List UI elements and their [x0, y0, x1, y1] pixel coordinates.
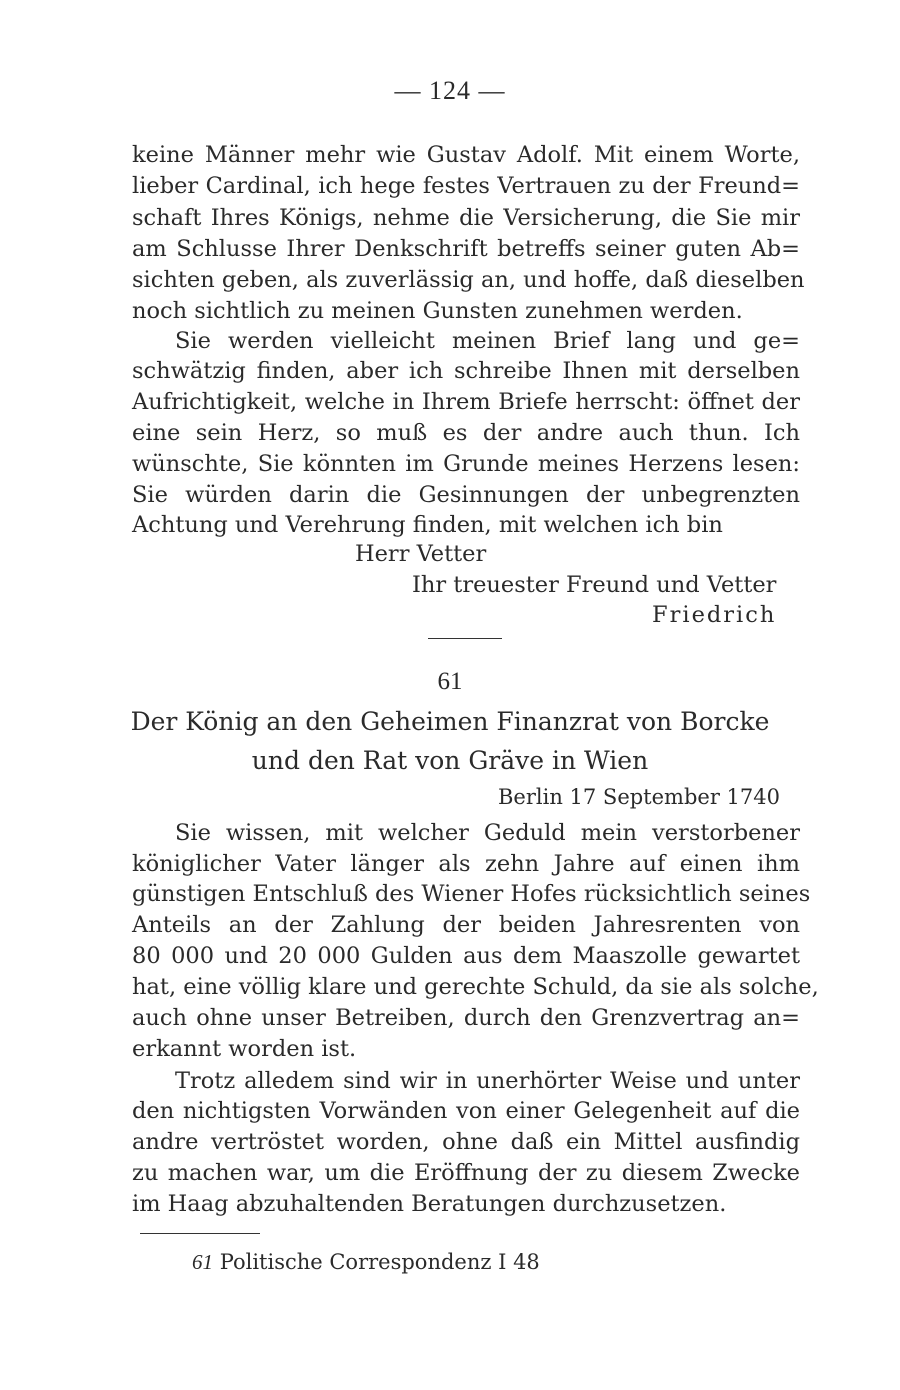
- text-line: Achtung und Verehrung finden, mit welche…: [132, 510, 800, 540]
- footnote-divider: [140, 1233, 260, 1234]
- signature: Friedrich: [652, 602, 776, 628]
- text-line: eine sein Herz, so muß es der andre auch…: [132, 418, 800, 448]
- text-line: lieber Cardinal, ich hege festes Vertrau…: [132, 171, 800, 201]
- text-line: Sie werden vielleicht meinen Brief lang …: [175, 326, 800, 356]
- place-date: Berlin 17 September 1740: [498, 785, 780, 809]
- salutation: Herr Vetter: [355, 541, 486, 567]
- letter-number: 61: [0, 668, 900, 696]
- text-line: erkannt worden ist.: [132, 1034, 800, 1064]
- footnote-number: 61: [192, 1250, 213, 1274]
- section-divider: [428, 638, 502, 639]
- text-line: Trotz alledem sind wir in unerhörter Wei…: [175, 1066, 800, 1096]
- letter-title-line-1: Der König an den Geheimen Finanzrat von …: [0, 707, 900, 736]
- text-line: 80 000 und 20 000 Gulden aus dem Maaszol…: [132, 941, 800, 971]
- text-line: den nichtigsten Vorwänden von einer Gele…: [132, 1096, 800, 1126]
- text-line: keine Männer mehr wie Gustav Adolf. Mit …: [132, 140, 800, 170]
- valediction: Ihr treuester Freund und Vetter: [412, 572, 776, 598]
- text-line: wünschte, Sie könnten im Grunde meines H…: [132, 449, 800, 479]
- text-line: andre vertröstet worden, ohne daß ein Mi…: [132, 1127, 800, 1157]
- text-line: günstigen Entschluß des Wiener Hofes rüc…: [132, 879, 800, 909]
- footnote: 61 Politische Correspondenz I 48: [192, 1250, 540, 1275]
- text-line: hat, eine völlig klare und gerechte Schu…: [132, 972, 800, 1002]
- page-number: — 124 —: [0, 76, 900, 106]
- text-line: Aufrichtigkeit, welche in Ihrem Briefe h…: [132, 387, 800, 417]
- text-line: schaft Ihres Königs, nehme die Versicher…: [132, 203, 800, 233]
- text-line: Sie wissen, mit welcher Geduld mein vers…: [175, 818, 800, 848]
- letter-title-line-2: und den Rat von Gräve in Wien: [0, 746, 900, 775]
- text-line: zu machen war, um die Eröffnung der zu d…: [132, 1158, 800, 1188]
- text-line: Anteils an der Zahlung der beiden Jahres…: [132, 910, 800, 940]
- footnote-text: Politische Correspondenz I 48: [220, 1250, 540, 1274]
- text-line: auch ohne unser Betreiben, durch den Gre…: [132, 1003, 800, 1033]
- text-line: königlicher Vater länger als zehn Jahre …: [132, 849, 800, 879]
- text-line: Sie würden darin die Gesinnungen der unb…: [132, 480, 800, 510]
- text-line: noch sichtlich zu meinen Gunsten zunehme…: [132, 296, 800, 326]
- text-line: im Haag abzuhaltenden Beratungen durchzu…: [132, 1189, 800, 1219]
- text-line: am Schlusse Ihrer Denkschrift betreffs s…: [132, 234, 800, 264]
- text-line: sichten geben, als zuverlässig an, und h…: [132, 265, 800, 295]
- text-line: schwätzig finden, aber ich schreibe Ihne…: [132, 356, 800, 386]
